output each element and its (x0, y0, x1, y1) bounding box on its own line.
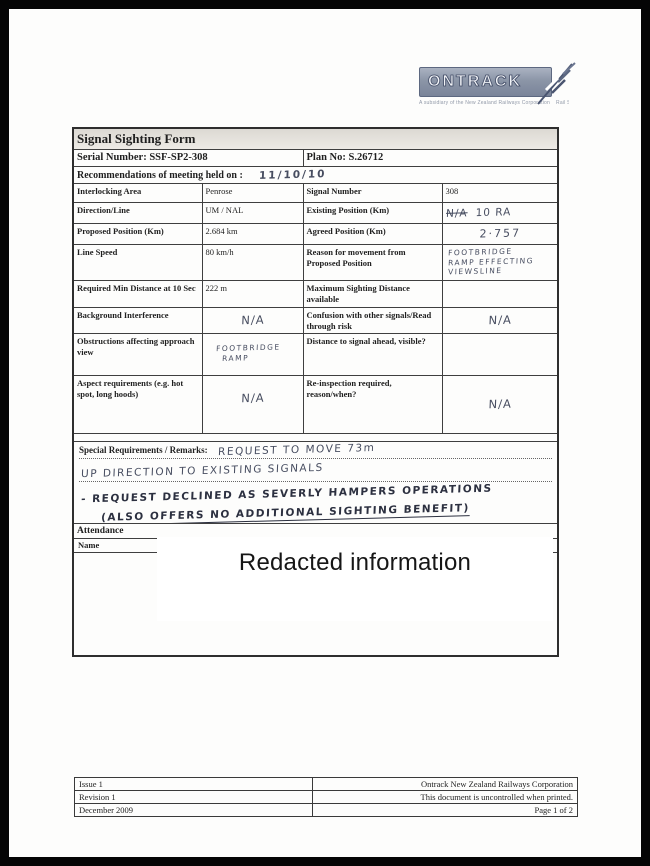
document-footer-table: Issue 1 Ontrack New Zealand Railways Cor… (74, 777, 578, 817)
reinspection-handwritten: N/A (445, 397, 554, 413)
aspect-requirements-handwritten: N/A (205, 391, 300, 407)
required-min-distance-label: Required Min Distance at 10 Sec (73, 281, 202, 308)
existing-position-value: N/A10 RA (442, 203, 558, 224)
direction-line-value: UM / NAL (202, 203, 303, 224)
redaction-overlay: Redacted information (157, 537, 553, 621)
reinspection-label: Re-inspection required, reason/when? (303, 376, 442, 434)
remarks-line-4: (ALSO OFFERS NO ADDITIONAL SIGHTING BENE… (101, 503, 470, 524)
confusion-signals-label: Confusion with other signals/Read throug… (303, 308, 442, 334)
logo-tagline-left: A subsidiary of the New Zealand Railways… (419, 100, 550, 106)
reason-line-3: VIEWSLINE (447, 266, 554, 277)
footer-issue: Issue 1 (75, 778, 313, 791)
background-interference-label: Background Interference (73, 308, 202, 334)
footer-uncontrolled-note: This document is uncontrolled when print… (313, 791, 578, 804)
footer-corporation: Ontrack New Zealand Railways Corporation (313, 778, 578, 791)
reinspection-value: N/A (442, 376, 558, 434)
ontrack-logo: ONTRACK A subsidiary of the New Zealand … (419, 67, 571, 111)
spacer-row (73, 434, 558, 442)
agreed-position-label: Agreed Position (Km) (303, 224, 442, 245)
confusion-signals-handwritten: N/A (445, 313, 554, 329)
existing-position-label: Existing Position (Km) (303, 203, 442, 224)
fern-swoosh-icon (532, 60, 580, 106)
confusion-signals-value: N/A (442, 308, 558, 334)
line-speed-label: Line Speed (73, 245, 202, 281)
agreed-position-handwritten: 2·757 (445, 227, 554, 243)
reason-for-movement-value: FOOTBRIDGE RAMP EFFECTING VIEWSLINE (442, 245, 558, 281)
interlocking-area-label: Interlocking Area (73, 184, 202, 203)
scanned-document-page: ONTRACK A subsidiary of the New Zealand … (0, 0, 650, 866)
obstructions-line-2: RAMP (221, 353, 299, 364)
redacted-text: Redacted information (239, 549, 471, 621)
logo-box: ONTRACK (419, 67, 552, 97)
footer-date: December 2009 (75, 804, 313, 817)
distance-signal-ahead-value (442, 334, 558, 376)
footer-page-number: Page 1 of 2 (313, 804, 578, 817)
obstructions-label: Obstructions affecting approach view (73, 334, 202, 376)
meeting-date-handwritten: 11/10/10 (259, 168, 327, 182)
plan-number: Plan No: S.26712 (303, 150, 558, 167)
footer-revision: Revision 1 (75, 791, 313, 804)
proposed-position-value: 2.684 km (202, 224, 303, 245)
aspect-requirements-label: Aspect requirements (e.g. hot spot, long… (73, 376, 202, 434)
reason-for-movement-label: Reason for movement from Proposed Positi… (303, 245, 442, 281)
serial-number: Serial Number: SSF-SP2-308 (73, 150, 303, 167)
proposed-position-label: Proposed Position (Km) (73, 224, 202, 245)
remarks-line-2: UP DIRECTION TO EXISTING SIGNALS (81, 462, 324, 480)
signal-number-value: 308 (442, 184, 558, 203)
agreed-position-value: 2·757 (442, 224, 558, 245)
obstructions-value: FOOTBRIDGE RAMP (202, 334, 303, 376)
logo-brand-text: ONTRACK (428, 73, 522, 91)
background-interference-handwritten: N/A (205, 313, 300, 329)
form-title: Signal Sighting Form (73, 128, 558, 150)
aspect-requirements-value: N/A (202, 376, 303, 434)
required-min-distance-value: 222 m (202, 281, 303, 308)
special-requirements-label: Special Requirements / Remarks: (79, 445, 208, 455)
max-sighting-distance-label: Maximum Sighting Distance available (303, 281, 442, 308)
direction-line-label: Direction/Line (73, 203, 202, 224)
existing-position-strikeout: N/A (445, 207, 467, 220)
recommendations-label: Recommendations of meeting held on : (77, 170, 243, 181)
recommendations-row: Recommendations of meeting held on : 11/… (73, 167, 558, 184)
special-requirements-section: Special Requirements / Remarks: REQUEST … (73, 442, 558, 524)
distance-signal-ahead-label: Distance to signal ahead, visible? (303, 334, 442, 376)
existing-position-handwritten: 10 RA (475, 206, 511, 219)
interlocking-area-value: Penrose (202, 184, 303, 203)
signal-number-label: Signal Number (303, 184, 442, 203)
background-interference-value: N/A (202, 308, 303, 334)
max-sighting-distance-value (442, 281, 558, 308)
line-speed-value: 80 km/h (202, 245, 303, 281)
remarks-line-1: REQUEST TO MOVE 73m (217, 442, 375, 458)
